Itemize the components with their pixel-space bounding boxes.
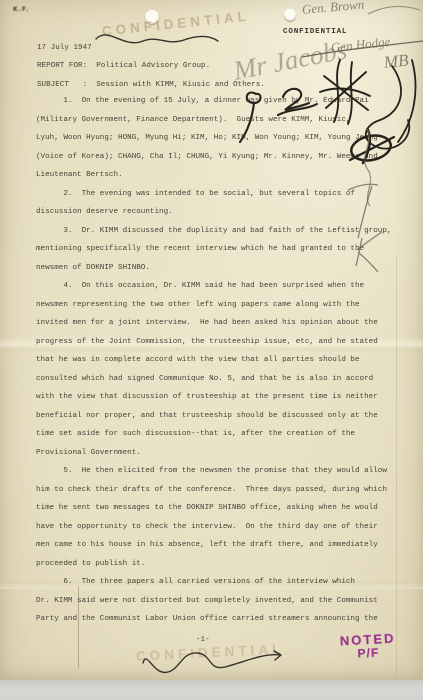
noted-pf-stamp: NOTED P/F	[339, 631, 396, 662]
handwritten-gen-brown: Gen. Brown	[301, 0, 365, 18]
paragraph-1: 1. On the evening of 15 July, a dinner w…	[36, 92, 378, 185]
confidential-stamp-faint-top: CONFIDENTIAL	[101, 9, 250, 39]
paragraph-6: 6. The three papers all carried versions…	[36, 573, 378, 629]
scanner-background	[0, 680, 423, 700]
document-page: K.F. CONFIDENTIAL CONFIDENTIAL 17 July 1…	[0, 0, 423, 681]
corner-mark: K.F.	[13, 6, 29, 13]
handwritten-initials: MB	[383, 50, 410, 72]
punch-hole	[284, 9, 296, 21]
handwritten-gen-hodge: Gen Hodge	[330, 34, 391, 56]
page-number: -1-	[196, 636, 210, 644]
pencil-flourish-top-right	[368, 7, 420, 14]
paragraph-4: 4. On this occasion, Dr. KIMM said he ha…	[36, 277, 378, 462]
report-for-line: REPORT FOR: Political Advisory Group.	[37, 61, 210, 71]
paragraph-2: 2. The evening was intended to be social…	[36, 185, 355, 222]
document-date: 17 July 1947	[37, 43, 92, 53]
confidential-stamp-faint-bottom: CONFIDENTIAL	[136, 641, 285, 664]
vertical-fold-crease	[396, 255, 397, 675]
subject-line: SUBJECT : Session with KIMM, Kiusic and …	[37, 80, 265, 90]
paragraph-3: 3. Dr. KIMM discussed the duplicity and …	[36, 222, 391, 278]
paragraph-5: 5. He then elicited from the newsmen the…	[36, 462, 387, 573]
pencil-strike-gen-hodge	[302, 41, 423, 57]
handwritten-signature-jacobs: Mr Jacobs	[231, 34, 350, 86]
confidential-heading: CONFIDENTIAL	[283, 28, 347, 36]
